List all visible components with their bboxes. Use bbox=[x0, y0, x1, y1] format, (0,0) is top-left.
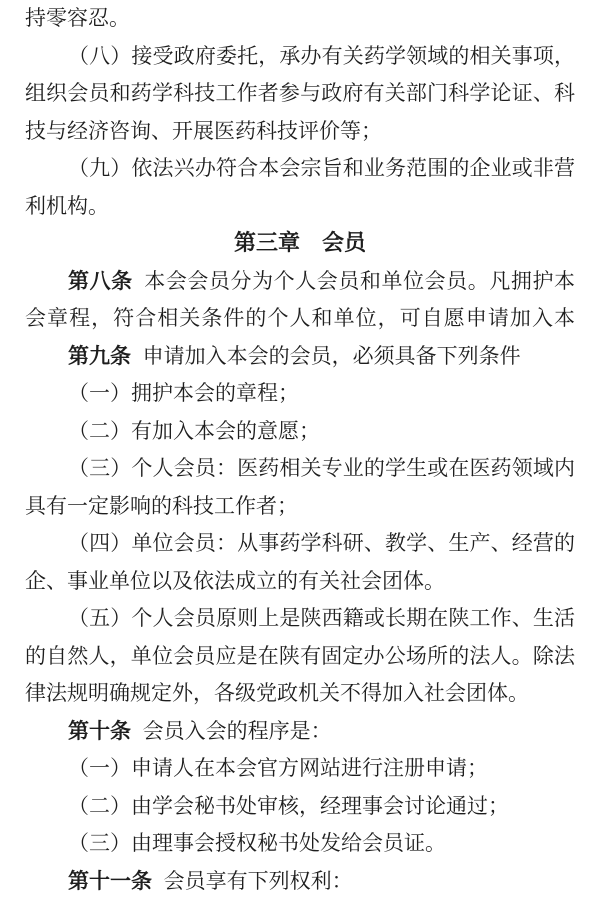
chapter-heading: 第三章 会员 bbox=[25, 225, 575, 263]
line-text: 律法规明确规定外，各级党政机关不得加入社会团体。 bbox=[25, 681, 529, 705]
text-line: （九）依法兴办符合本会宗旨和业务范围的企业或非营 bbox=[25, 150, 575, 188]
text-line: 利机构。 bbox=[25, 188, 575, 226]
text-line: 技与经济咨询、开展医药科技评价等； bbox=[25, 113, 575, 151]
line-text: 第三章 会员 bbox=[234, 231, 366, 256]
text-line: 的自然人，单位会员应是在陕有固定办公场所的法人。除法 bbox=[25, 638, 575, 676]
line-text: 技与经济咨询、开展医药科技评价等； bbox=[25, 119, 382, 143]
article-number: 第九条 bbox=[68, 344, 131, 368]
line-text: 会员入会的程序是： bbox=[143, 719, 332, 743]
text-line: （三）个人会员：医药相关专业的学生或在医药领域内 bbox=[25, 450, 575, 488]
text-line: （二）有加入本会的意愿； bbox=[25, 413, 575, 451]
document-page: 持零容忍。（八）接受政府委托，承办有关药学领域的相关事项，组织会员和药学科技工作… bbox=[0, 0, 600, 900]
line-text: （八）接受政府委托，承办有关药学领域的相关事项， bbox=[68, 44, 575, 68]
text-line: （一）拥护本会的章程； bbox=[25, 375, 575, 413]
line-text: 的自然人，单位会员应是在陕有固定办公场所的法人。除法 bbox=[25, 644, 575, 668]
line-text: 会员享有下列权利： bbox=[164, 869, 353, 893]
text-line: 企、事业单位以及依法成立的有关社会团体。 bbox=[25, 563, 575, 601]
text-line: （一）申请人在本会官方网站进行注册申请； bbox=[25, 750, 575, 788]
line-text: （九）依法兴办符合本会宗旨和业务范围的企业或非营 bbox=[68, 156, 575, 180]
line-text: （三）由理事会授权秘书处发给会员证。 bbox=[68, 831, 446, 855]
article-number: 第十条 bbox=[68, 719, 131, 743]
line-text: 持零容忍。 bbox=[25, 6, 130, 30]
text-line: （五）个人会员原则上是陕西籍或长期在陕工作、生活 bbox=[25, 600, 575, 638]
article-number: 第十一条 bbox=[68, 869, 152, 893]
line-text: 企、事业单位以及依法成立的有关社会团体。 bbox=[25, 569, 445, 593]
article-line: 第九条申请加入本会的会员，必须具备下列条件 bbox=[25, 338, 575, 376]
line-text: （五）个人会员原则上是陕西籍或长期在陕工作、生活 bbox=[68, 606, 575, 630]
line-text: （二）有加入本会的意愿； bbox=[68, 419, 320, 443]
text-line: （二）由学会秘书处审核，经理事会讨论通过； bbox=[25, 788, 575, 826]
line-text: （四）单位会员：从事药学科研、教学、生产、经营的 bbox=[68, 531, 575, 555]
article-line: 第八条本会会员分为个人会员和单位会员。凡拥护本 bbox=[25, 263, 575, 301]
line-text: （三）个人会员：医药相关专业的学生或在医药领域内 bbox=[68, 456, 575, 480]
text-line: 会章程，符合相关条件的个人和单位，可自愿申请加入本会。 bbox=[25, 300, 575, 338]
line-text: （二）由学会秘书处审核，经理事会讨论通过； bbox=[68, 794, 509, 818]
text-line: 持零容忍。 bbox=[25, 0, 575, 38]
line-text: 申请加入本会的会员，必须具备下列条件 bbox=[143, 344, 521, 368]
article-line: 第十一条会员享有下列权利： bbox=[25, 863, 575, 900]
text-line: 组织会员和药学科技工作者参与政府有关部门科学论证、科 bbox=[25, 75, 575, 113]
text-line: （三）由理事会授权秘书处发给会员证。 bbox=[25, 825, 575, 863]
line-text: 利机构。 bbox=[25, 194, 109, 218]
line-text: 会章程，符合相关条件的个人和单位，可自愿申请加入本会。 bbox=[25, 306, 575, 338]
article-number: 第八条 bbox=[68, 269, 133, 293]
text-line: 律法规明确规定外，各级党政机关不得加入社会团体。 bbox=[25, 675, 575, 713]
document-body: 持零容忍。（八）接受政府委托，承办有关药学领域的相关事项，组织会员和药学科技工作… bbox=[25, 0, 575, 900]
article-line: 第十条会员入会的程序是： bbox=[25, 713, 575, 751]
text-line: 具有一定影响的科技工作者； bbox=[25, 488, 575, 526]
line-text: 本会会员分为个人会员和单位会员。凡拥护本 bbox=[144, 269, 575, 293]
line-text: （一）申请人在本会官方网站进行注册申请； bbox=[68, 756, 488, 780]
line-text: （一）拥护本会的章程； bbox=[68, 381, 299, 405]
line-text: 具有一定影响的科技工作者； bbox=[25, 494, 298, 518]
text-line: （四）单位会员：从事药学科研、教学、生产、经营的 bbox=[25, 525, 575, 563]
text-line: （八）接受政府委托，承办有关药学领域的相关事项， bbox=[25, 38, 575, 76]
line-text: 组织会员和药学科技工作者参与政府有关部门科学论证、科 bbox=[25, 81, 575, 105]
